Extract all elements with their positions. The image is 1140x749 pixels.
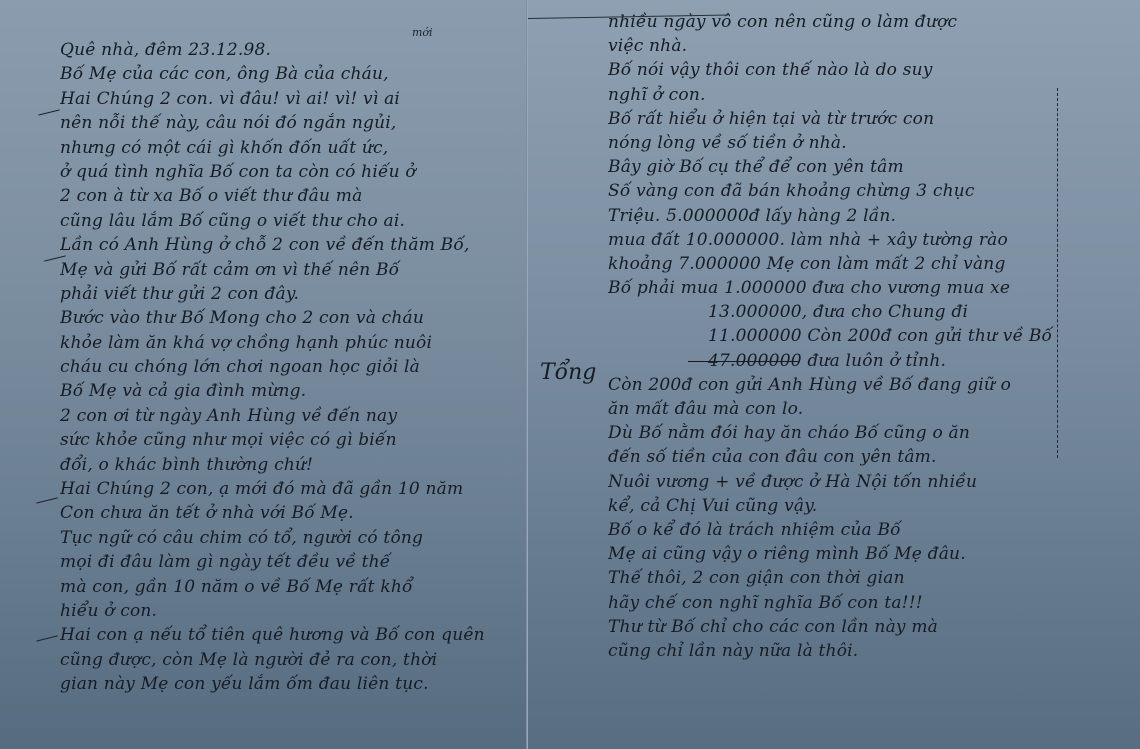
text-line: ăn mất đâu mà con lo.: [608, 397, 1078, 421]
text-line: Quê nhà, đêm 23.12.98.: [60, 38, 510, 62]
text-line: phải viết thư gửi 2 con đây.: [60, 282, 510, 306]
text-line: Bố rất hiểu ở hiện tại và từ trước con: [608, 107, 1078, 131]
text-line: nóng lòng về số tiền ở nhà.: [608, 131, 1078, 155]
right-page-text: nhiều ngày vô con nên cũng o làm được vi…: [608, 10, 1078, 663]
text-line: Hai Chúng 2 con. vì đâu! vì ai! vì! vì a…: [60, 87, 510, 111]
text-line: cháu cu chóng lớn chơi ngoan học giỏi là: [60, 355, 510, 379]
text-line: nghĩ ở con.: [608, 83, 1078, 107]
text-line: đổi, o khác bình thường chứ!: [60, 453, 510, 477]
text-line: Triệu. 5.000000đ lấy hàng 2 lần.: [608, 204, 1078, 228]
text-line: Bố o kể đó là trách nhiệm của Bố: [608, 518, 1078, 542]
text-line: Dù Bố nằm đói hay ăn cháo Bố cũng o ăn: [608, 421, 1078, 445]
text-line: 2 con ơi từ ngày Anh Hùng về đến nay: [60, 404, 510, 428]
text-line: Thư từ Bố chỉ cho các con lần này mà: [608, 615, 1078, 639]
text-line: hiểu ở con.: [60, 599, 510, 623]
text-line: Hai con ạ nếu tổ tiên quê hương và Bố co…: [60, 623, 510, 647]
text-line: ở quá tình nghĩa Bố con ta còn có hiếu ở: [60, 160, 510, 184]
text-line: mua đất 10.000000. làm nhà + xây tường r…: [608, 228, 1078, 252]
margin-rule-line: [1057, 88, 1058, 458]
text-line: khỏe làm ăn khá vợ chồng hạnh phúc nuôi: [60, 331, 510, 355]
text-line: Con chưa ăn tết ở nhà với Bố Mẹ.: [60, 501, 510, 525]
text-line: hãy chế con nghĩ nghĩa Bố con ta!!!: [608, 591, 1078, 615]
text-line: Thế thôi, 2 con giận con thời gian: [608, 566, 1078, 590]
text-line: Còn 200đ con gửi Anh Hùng về Bố đang giữ…: [608, 373, 1078, 397]
text-line: Mẹ và gửi Bố rất cảm ơn vì thế nên Bố: [60, 258, 510, 282]
text-line: nhiều ngày vô con nên cũng o làm được: [608, 10, 1078, 34]
text-line: mọi đi đâu làm gì ngày tết đều về thế: [60, 550, 510, 574]
left-page-text: Quê nhà, đêm 23.12.98. Bố Mẹ của các con…: [60, 38, 510, 697]
text-line: Bố nói vậy thôi con thế nào là do suy: [608, 58, 1078, 82]
text-line: Lần có Anh Hùng ở chỗ 2 con về đến thăm …: [60, 233, 510, 257]
text-line: nên nỗi thế này, câu nói đó ngắn ngủi,: [60, 111, 510, 135]
text-line: Mẹ ai cũng vậy o riêng mình Bố Mẹ đâu.: [608, 542, 1078, 566]
text-line: Bố phải mua 1.000000 đưa cho vương mua x…: [608, 276, 1078, 300]
text-line: 13.000000, đưa cho Chung đi: [608, 300, 1078, 324]
text-line: Tục ngữ có câu chim có tổ, người có tông: [60, 526, 510, 550]
text-line: nhưng có một cái gì khốn đốn uất ức,: [60, 136, 510, 160]
left-page: mới Quê nhà, đêm 23.12.98. Bố Mẹ của các…: [0, 0, 528, 749]
sum-underline: [688, 361, 798, 362]
right-page: nhiều ngày vô con nên cũng o làm được vi…: [528, 0, 1140, 749]
text-line: cũng chỉ lần này nữa là thôi.: [608, 639, 1078, 663]
text-line: cũng được, còn Mẹ là người đẻ ra con, th…: [60, 648, 510, 672]
text-line: mà con, gần 10 năm o về Bố Mẹ rất khổ: [60, 575, 510, 599]
paragraph-marker: [36, 635, 58, 641]
text-line: Bố Mẹ và cả gia đình mừng.: [60, 379, 510, 403]
text-line: Số vàng con đã bán khoảng chừng 3 chục: [608, 179, 1078, 203]
text-line: Hai Chúng 2 con, ạ mới đó mà đã gần 10 n…: [60, 477, 510, 501]
paragraph-marker: [36, 497, 58, 503]
text-line: 11.000000 Còn 200đ con gửi thư về Bố: [608, 324, 1078, 348]
text-line: gian này Mẹ con yếu lắm ốm đau liên tục.: [60, 672, 510, 696]
text-line: Bây giờ Bố cụ thể để con yên tâm: [608, 155, 1078, 179]
text-line: khoảng 7.000000 Mẹ con làm mất 2 chỉ vàn…: [608, 252, 1078, 276]
text-line: Nuôi vương + về được ở Hà Nội tốn nhiều: [608, 470, 1078, 494]
sum-label: Tổng: [540, 360, 596, 385]
text-line: kể, cả Chị Vui cũng vậy.: [608, 494, 1078, 518]
text-line: 47.000000 đưa luôn ở tỉnh.: [608, 349, 1078, 373]
text-line: cũng lâu lắm Bố cũng o viết thư cho ai.: [60, 209, 510, 233]
text-line: sức khỏe cũng như mọi việc có gì biến: [60, 428, 510, 452]
text-line: 2 con à từ xa Bố o viết thư đâu mà: [60, 184, 510, 208]
paragraph-marker: [38, 109, 60, 115]
text-line: việc nhà.: [608, 34, 1078, 58]
text-line: đến số tiền của con đâu con yên tâm.: [608, 445, 1078, 469]
text-line: Bước vào thư Bố Mong cho 2 con và cháu: [60, 306, 510, 330]
text-line: Bố Mẹ của các con, ông Bà của cháu,: [60, 62, 510, 86]
